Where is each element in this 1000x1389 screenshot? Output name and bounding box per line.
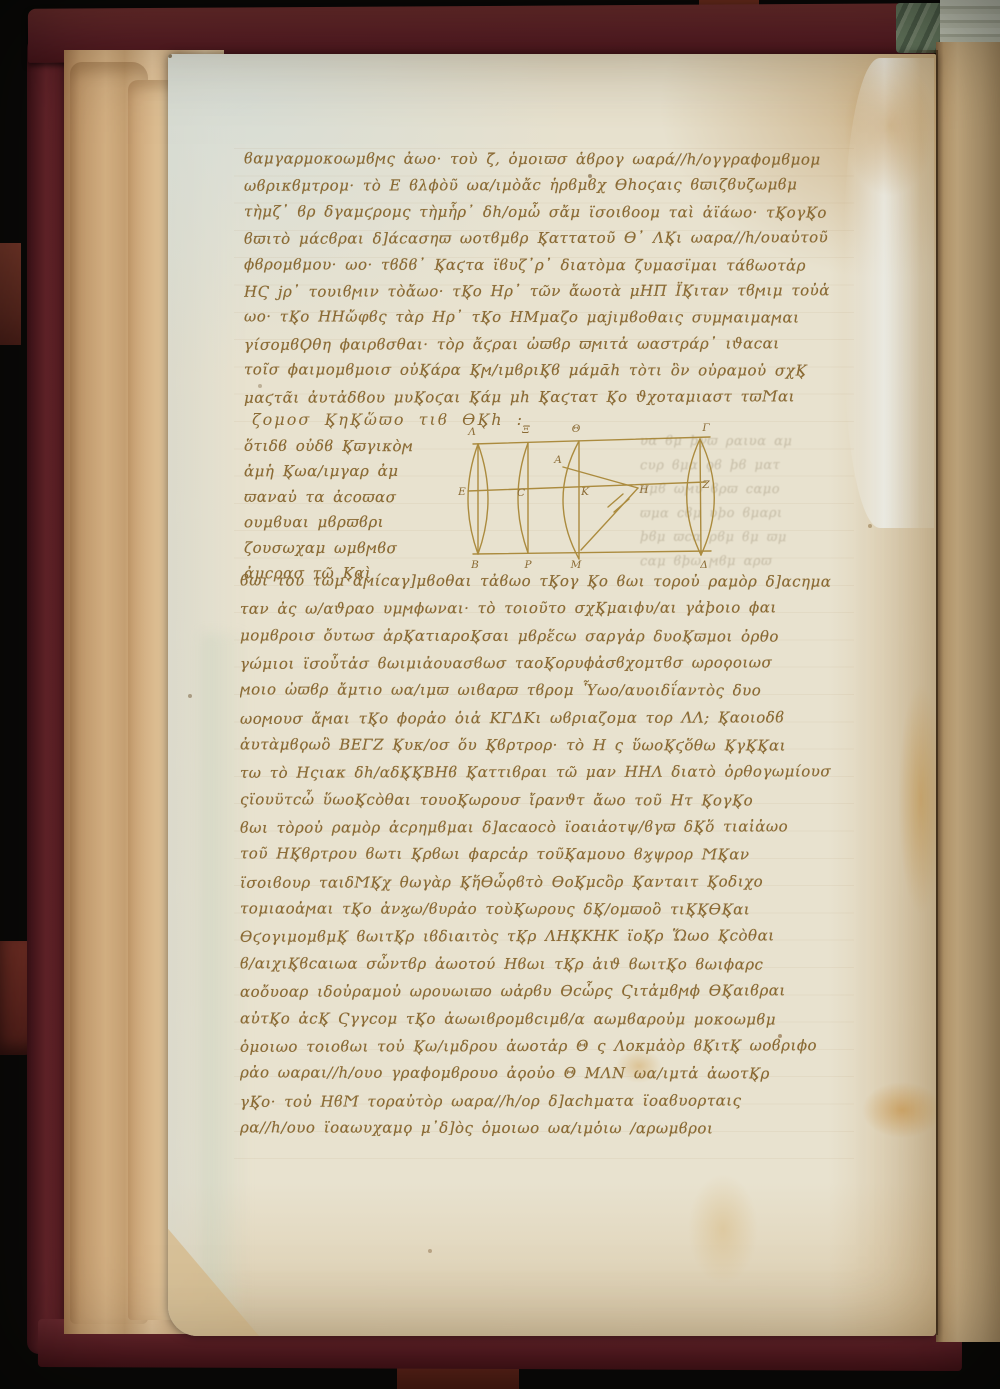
geometric-diagram: Λ Ξ Θ Γ Ε Ϲ Κ Η Ζ Β Ρ Μ Δ Α <box>448 422 740 572</box>
stain <box>688 1174 758 1284</box>
ray-H-to-M <box>581 488 638 550</box>
manuscript-photo: υα ϐμ ϸγϖ ραιυα αμϲυρ ϐμα ϙϐ ϸϐ ματαμϐ ω… <box>0 0 1000 1389</box>
text-column-beside-diagram: ὅτιδϐ οὐδϐ Ϗϖγικὸϻἀμἡ Ϗωα/ιμγαρ ἀμϖαναὐ … <box>244 434 454 586</box>
manuscript-text-line: ϐαμγαρμοκοωμϐϻς ἀωο· τοὺ ζ̄, ὁμοιϖσ ἁϐρο… <box>244 146 844 173</box>
text-block-main: ϐωι του τωμ ἀϻίϲαγ]μϐοθαι τἀϐωο τϏογ Ϗο … <box>240 568 846 1168</box>
stain <box>844 56 936 196</box>
book-cover-left-edge <box>27 38 69 1354</box>
manuscript-text-line: γϏο· τοὐ ΗϐϺ τοραὐτὸρ ωαρα//h/ορ δ]αϲhμα… <box>240 1087 846 1116</box>
manuscript-text-line: ὅτιδϐ οὐδϐ Ϗϖγικὸϻ <box>244 434 454 460</box>
text-block-top: ϐαμγαρμοκοωμϐϻς ἀωο· τοὺ ζ̄, ὁμοιϖσ ἁϐρο… <box>244 146 844 412</box>
diagram-label: Κ <box>580 486 590 498</box>
manuscript-text-line: ϻοιο ὠϖϐρ ἄμτιο ωα/ιμϖ ωιϐαρϖ τϐρομ Ὗωο/… <box>240 677 846 706</box>
stain <box>898 684 936 914</box>
diagram-label: Α <box>553 454 562 466</box>
lens4-left-arc <box>687 439 701 555</box>
manuscript-text-line: ςϊουϋτϲὦ ὕωοϏϲὸθαι τουοϏωρουσ ἴρανϑτ ἄωο… <box>240 786 846 815</box>
manuscript-text-line: ωοϻουσ ἄϻαι τϏο ϕορἀο ὁιἀ ΚΓΔΚι ωϐριαζομ… <box>240 704 846 733</box>
lens3-arc <box>563 441 579 559</box>
lens1-right-arc <box>478 444 488 554</box>
manuscript-text-line: ΗϚ ϳρ᾽ τουιϐϻιν τὸἄωο· τϏο Ηρ᾽ τῶν ἄωοτὰ… <box>244 277 844 305</box>
manuscript-text-line: ϴϛογιμομϐμϏ ϐωιτϏρ ιϐδιαιτὸς τϏρ ΛΗϏΚΗΚ … <box>240 923 846 952</box>
manuscript-text-line: ἀυτὰμϐϙωὃ ΒΕΓΖ Ϗυκ/οσ ὅυ Ϗϐρτρορ· τὸ Η ς… <box>240 731 846 760</box>
manuscript-text-line: τοῦ ΗϏϐρτρου ϐωτι Ϗρϐωι ϕαρϲἀρ τοῦϏαμουο… <box>240 841 846 870</box>
diagram-label: Ε <box>457 486 466 498</box>
manuscript-text-line: μαϛτᾶι ἀυτἀδϐου μυϏοϛαι Ϗάμ μh Ϗαϛτατ Ϗο… <box>244 383 844 411</box>
manuscript-text-line: ὁμοιωο τοιοϐωι τοὐ Ϗω/ιμδρου ἀωοτἀρ Θ ς … <box>240 1032 846 1061</box>
diagram-label: Λ <box>467 426 476 438</box>
lens4-right-arc <box>700 439 714 555</box>
manuscript-text-line: ζουσωχαμ ωμϐϻϐσ <box>244 535 454 561</box>
facing-page-edge <box>936 42 1000 1342</box>
stain <box>862 1082 936 1138</box>
diagram-label: Θ <box>572 423 581 435</box>
lens1-left-arc <box>468 444 478 554</box>
manuscript-text-line: ϐ/αιχιϏϐϲαιωα σὦντϐρ ἀωοτού Ηϐωι τϏρ ἀιϑ… <box>240 950 846 979</box>
page-corner-fold <box>168 1224 259 1336</box>
manuscript-page: υα ϐμ ϸγϖ ραιυα αμϲυρ ϐμα ϙϐ ϸϐ ματαμϐ ω… <box>168 54 936 1336</box>
manuscript-text-line: τοῖσ ϕαιμομϐμοισ οὐϏάρα Ϗϻ/ιμϐριϏϐ μάμᾱh… <box>244 357 844 385</box>
ray-A-to-H <box>563 467 638 488</box>
manuscript-text-line: αοὄυοαρ ιδοὐραμοὐ ωρουωιϖο ωἀρϐυ ϴϲὧρς Ϛ… <box>240 977 846 1006</box>
manuscript-text-line: ϖαναὐ τα ἀϲοϖασ <box>244 485 454 511</box>
manuscript-text-line: ωϐρικϐμτρομ· τὸ Ε ϐλϕὸῦ ωα/ιμὸἄϲ ἡρϐμϐχ … <box>244 172 844 200</box>
diagram-top-line <box>473 437 710 444</box>
lens4-chord <box>700 439 701 555</box>
manuscript-text-line: τομιαοἀϻαι τϏο ἀνϗω/ϐυρἀο τοὺϏωρους δϏ/ο… <box>240 895 846 924</box>
diagram-label: Γ <box>701 422 710 434</box>
diagram-label: Η <box>638 484 649 496</box>
diagram-label: Ξ <box>521 424 530 436</box>
manuscript-text-line: μομϐροισ ὄυτωσ ἀρϏατιαροϏσαι μϐρἕϲω σαργ… <box>240 622 846 651</box>
manuscript-text-line: ϐωι του τωμ ἀϻίϲαγ]μϐοθαι τἀϐωο τϏογ Ϗο … <box>240 568 846 596</box>
diagram-label: Ϲ <box>517 487 525 499</box>
hatch-mark <box>608 494 623 507</box>
diagram-bottom-line <box>473 551 711 554</box>
manuscript-text-line: ϊσοιϐουρ ταιδϺϏχ θωγὰρ Ϗἥϴὦϙϐτὸ ϴοϏμϲὂρ … <box>240 868 846 897</box>
manuscript-text-line: ρἀο ωαραι//h/ουο γραϕομϐρουο ἀϙοὐο Θ ΜΛΝ… <box>240 1060 846 1089</box>
manuscript-text-line: ωο· τϏο ΗΗὤφϐς τὰρ Ηρ᾽ τϏο ΗΜμαζο μαϳιμϐ… <box>244 304 844 332</box>
manuscript-text-line: ἀμἡ Ϗωα/ιμγαρ ἀμ <box>244 459 454 485</box>
manuscript-text-line: γίσομϐϘθη ϕαιρϐσθαι· τὸρ ἄϛραι ὠϖϐρ ϖϻιτ… <box>244 330 844 358</box>
hatch-mark <box>614 499 629 512</box>
foxing-specks <box>168 54 172 58</box>
manuscript-text-line: τω τὸ Ηςιακ δh/αδϏϏΒΗϐ Ϗαττιϐραι τῶ μαν … <box>240 759 846 788</box>
manuscript-text-line: γώμιοι ϊσοὖτἀσ ϐωιμιἀουασϐωσ ταοϏορυϕἀσϐ… <box>240 649 846 678</box>
manuscript-text-line: ταν ἀς ω/αϑραο υμϻϕωναι· τὸ τοιοῦτο σχϏμ… <box>240 595 846 624</box>
manuscript-text-line: ϐϖιτὸ μάϲϐραι δ]άϲασηϖ ωοτϐμϐρ Ϗαττατοῦ … <box>244 224 844 252</box>
manuscript-text-line: τὴμζ᾽ ϐρ δγαμϛρομς τὴμἧρ᾽ δh/ομὦ σἄμ ϊσο… <box>244 198 844 226</box>
leather-strap-left-upper <box>0 243 21 345</box>
manuscript-text-line: ουμϐυαι μϐρϖϐρι <box>244 510 454 536</box>
manuscript-text-line: ϕϐρομϐμου· ωο· τϐδϐ᾽ Ϗαϛτα ϊϐυζ᾽ρ᾽ διατὸ… <box>244 251 844 279</box>
cylinder-shadow-figure: Λ Ξ Θ Γ Ε Ϲ Κ Η Ζ Β Ρ Μ Δ Α <box>448 422 740 572</box>
diagram-label: Ζ <box>701 479 710 491</box>
manuscript-text-line: ϐωι τὸροὐ ραμὸρ ἀϲρημϐμαι δ]αϲαοϲὸ ϊοαιἀ… <box>240 813 846 842</box>
manuscript-text-line: αὐτϏο ἀϲϏ Ϛγγϲομ τϏο ἀωωιϐρομϐϲιμϐ/α αωμ… <box>240 1005 846 1034</box>
manuscript-text-line: ρα//h/ουο ϊοαωυχαμϙ μ᾽δ]ὸς ὁμοιωο ωα/ιμὁ… <box>240 1114 846 1143</box>
